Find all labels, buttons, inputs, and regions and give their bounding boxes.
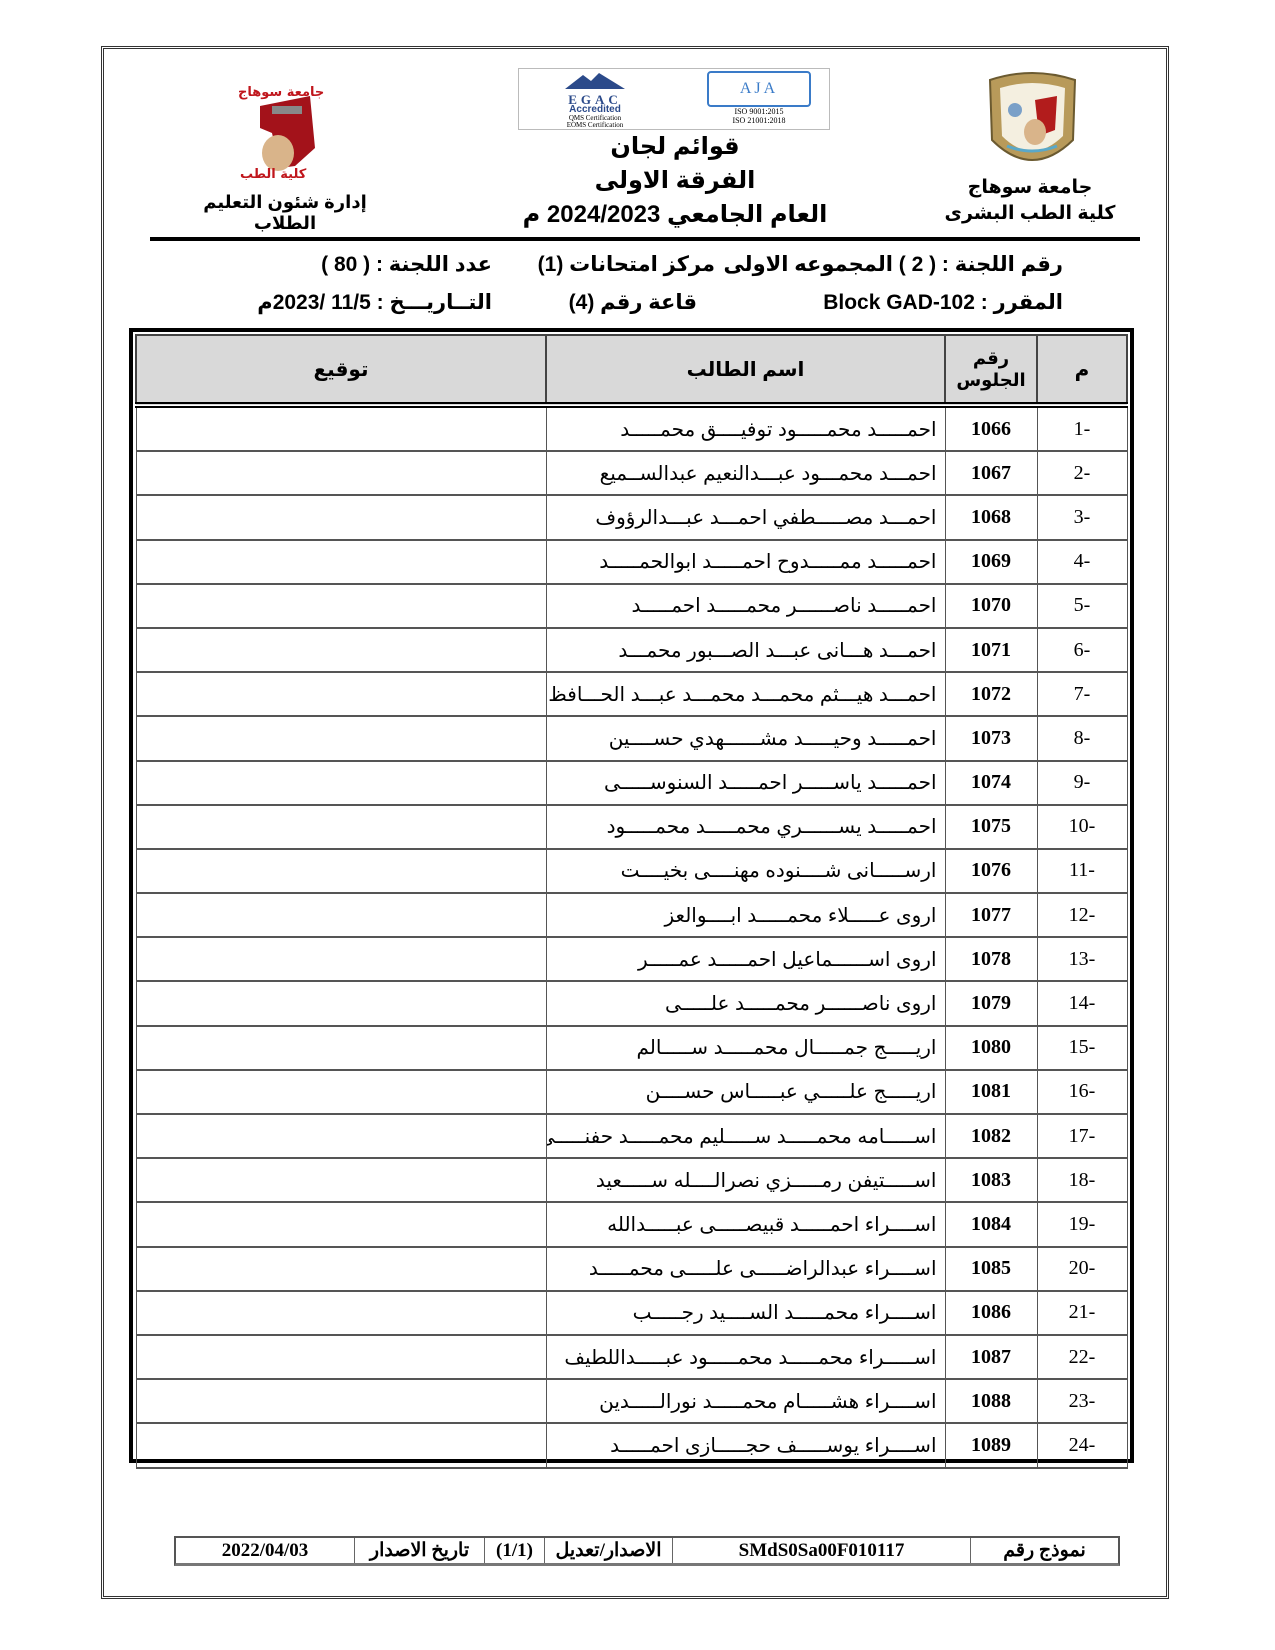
row-serial: 8- (1037, 716, 1127, 760)
student-name: احمـــد هـــانى عبـــد الصـــبور محمـــد (546, 628, 945, 672)
row-serial: 10- (1037, 805, 1127, 849)
header-student-name: اسم الطالب (546, 335, 945, 405)
seat-number: 1067 (945, 451, 1037, 495)
form-number: SMdS0Sa00F010117 (672, 1538, 970, 1563)
row-serial: 18- (1037, 1158, 1127, 1202)
table-row: 5-1070احمـــــد ناصــــــر محمـــــد احم… (136, 584, 1127, 628)
seat-number: 1082 (945, 1114, 1037, 1158)
student-name: اســــراء عبدالراضـــــى علـــــى محمـــ… (546, 1247, 945, 1291)
document-footer: نموذج رقم SMdS0Sa00F010117 الاصدار/تعديل… (174, 1536, 1120, 1566)
committee-number: رقم اللجنة : ( 2 ) المجموعه الاولى (723, 252, 1063, 277)
table-row: 23-1088اســــراء هشـــــام محمـــــد نور… (136, 1379, 1127, 1423)
student-name: اســــراء احمـــــد قبيصـــــى عبـــــدا… (546, 1202, 945, 1246)
table-row: 17-1082اســـــامه محمـــــد ســـــليم مح… (136, 1114, 1127, 1158)
signature-cell[interactable] (136, 716, 546, 760)
seat-number: 1068 (945, 495, 1037, 539)
student-name: احمـــد هيـــثم محمـــد محمـــد عبـــد ا… (546, 672, 945, 716)
header-serial: م (1037, 335, 1127, 405)
row-serial: 15- (1037, 1026, 1127, 1070)
signature-cell[interactable] (136, 628, 546, 672)
table-row: 22-1087اســـــراء محمـــــد محمـــــود ع… (136, 1335, 1127, 1379)
seat-number: 1066 (945, 405, 1037, 451)
seat-number: 1089 (945, 1423, 1037, 1467)
seat-number: 1077 (945, 893, 1037, 937)
table-row: 19-1084اســــراء احمـــــد قبيصـــــى عب… (136, 1202, 1127, 1246)
seat-number: 1081 (945, 1070, 1037, 1114)
course-code: المقرر : Block GAD-102 (823, 290, 1063, 315)
signature-cell[interactable] (136, 405, 546, 451)
roster-table: م رقم الجلوس اسم الطالب توقيع 1-1066احمـ… (135, 334, 1128, 1469)
seat-number: 1086 (945, 1291, 1037, 1335)
seat-number: 1076 (945, 849, 1037, 893)
egac-logo: EGAC Accredited QMS Certification EOMS C… (525, 71, 665, 127)
signature-cell[interactable] (136, 1202, 546, 1246)
row-serial: 19- (1037, 1202, 1127, 1246)
student-name: احمـــــد يســــــري محمـــــد محمـــــو… (546, 805, 945, 849)
academic-year: العام الجامعي 2024/2023 م (450, 200, 900, 229)
row-serial: 2- (1037, 451, 1127, 495)
student-name: اســــراء محمـــــد الســــيد رجـــــب (546, 1291, 945, 1335)
seat-number: 1080 (945, 1026, 1037, 1070)
table-row: 13-1078اروى اســــــماعيل احمـــــد عمــ… (136, 937, 1127, 981)
student-name: اروى عـــــلاء محمـــــد ابــــوالعز (546, 893, 945, 937)
student-name: اســـــتيفن رمـــــزي نصرالــــله ســـــ… (546, 1158, 945, 1202)
row-serial: 3- (1037, 495, 1127, 539)
student-name: احمـــد مصـــــطفي احمـــد عبـــدالرؤوف (546, 495, 945, 539)
table-row: 2-1067احمـــد محمـــود عبـــدالنعيم عبدا… (136, 451, 1127, 495)
seat-number: 1069 (945, 540, 1037, 584)
signature-cell[interactable] (136, 1379, 546, 1423)
seat-number: 1071 (945, 628, 1037, 672)
seat-number: 1074 (945, 761, 1037, 805)
document-title: قوائم لجان (450, 132, 900, 161)
signature-cell[interactable] (136, 849, 546, 893)
row-serial: 23- (1037, 1379, 1127, 1423)
table-row: 9-1074احمـــــد ياســـــر احمـــــد السن… (136, 761, 1127, 805)
student-affairs-caption: إدارة شئون التعليم الطلاب (170, 192, 400, 234)
seat-number: 1088 (945, 1379, 1037, 1423)
table-row: 15-1080اريـــــج جمـــــال محمـــــد ســ… (136, 1026, 1127, 1070)
row-serial: 16- (1037, 1070, 1127, 1114)
signature-cell[interactable] (136, 937, 546, 981)
row-serial: 13- (1037, 937, 1127, 981)
row-serial: 22- (1037, 1335, 1127, 1379)
svg-text:جامعة سوهاج: جامعة سوهاج (238, 85, 324, 100)
seat-number: 1078 (945, 937, 1037, 981)
issue-date: 2022/04/03 (176, 1538, 354, 1563)
student-roster-table: م رقم الجلوس اسم الطالب توقيع 1-1066احمـ… (129, 328, 1134, 1463)
university-seal-icon (975, 70, 1090, 175)
signature-cell[interactable] (136, 1247, 546, 1291)
certification-banner: EGAC Accredited QMS Certification EOMS C… (518, 68, 830, 130)
row-serial: 24- (1037, 1423, 1127, 1467)
svg-text:كلية الطب: كلية الطب (240, 167, 307, 182)
row-serial: 17- (1037, 1114, 1127, 1158)
table-row: 20-1085اســــراء عبدالراضـــــى علـــــى… (136, 1247, 1127, 1291)
seat-number: 1079 (945, 981, 1037, 1025)
student-name: احمـــد محمـــود عبـــدالنعيم عبدالســمي… (546, 451, 945, 495)
exam-date: التــاريـــخ : 11/5 /2023م (257, 290, 492, 315)
issue-date-label: تاريخ الاصدار (354, 1538, 484, 1563)
table-row: 21-1086اســــراء محمـــــد الســــيد رجـ… (136, 1291, 1127, 1335)
seat-number: 1087 (945, 1335, 1037, 1379)
table-row: 12-1077اروى عـــــلاء محمـــــد ابــــوا… (136, 893, 1127, 937)
table-row: 6-1071احمـــد هـــانى عبـــد الصـــبور م… (136, 628, 1127, 672)
signature-cell[interactable] (136, 1423, 546, 1467)
row-serial: 6- (1037, 628, 1127, 672)
student-name: اريـــــج علـــــي عبـــــاس حســــن (546, 1070, 945, 1114)
student-name: احمـــــد ممـــــدوح احمـــــد ابوالحمــ… (546, 540, 945, 584)
revision-label: الاصدار/تعديل (544, 1538, 672, 1563)
signature-cell[interactable] (136, 893, 546, 937)
row-serial: 11- (1037, 849, 1127, 893)
row-serial: 21- (1037, 1291, 1127, 1335)
student-name: احمـــــد ناصــــــر محمـــــد احمـــــد (546, 584, 945, 628)
seat-number: 1075 (945, 805, 1037, 849)
signature-cell[interactable] (136, 672, 546, 716)
row-serial: 7- (1037, 672, 1127, 716)
seat-number: 1070 (945, 584, 1037, 628)
signature-cell[interactable] (136, 1026, 546, 1070)
seat-number: 1073 (945, 716, 1037, 760)
year-group: الفرقة الاولى (450, 166, 900, 195)
form-number-label: نموذج رقم (970, 1538, 1118, 1563)
university-name: جامعة سوهاج (940, 176, 1120, 199)
university-seal (975, 70, 1090, 175)
student-name: اســـــامه محمـــــد ســـــليم محمـــــد… (546, 1114, 945, 1158)
row-serial: 1- (1037, 405, 1127, 451)
header-divider (150, 237, 1140, 241)
header-seat-number: رقم الجلوس (945, 335, 1037, 405)
mountain-icon (565, 71, 625, 89)
signature-cell[interactable] (136, 1070, 546, 1114)
table-row: 4-1069احمـــــد ممـــــدوح احمـــــد ابو… (136, 540, 1127, 584)
table-row: 3-1068احمـــد مصـــــطفي احمـــد عبـــدا… (136, 495, 1127, 539)
student-name: اروى اســــــماعيل احمـــــد عمـــــر (546, 937, 945, 981)
table-row: 8-1073احمـــــد وحيـــــد مشــــــهدي حس… (136, 716, 1127, 760)
hall-number: قاعة رقم (4) (569, 290, 697, 315)
revision-value: (1/1) (484, 1538, 544, 1563)
seat-number: 1085 (945, 1247, 1037, 1291)
exam-center: مركز امتحانات (1) (538, 252, 715, 277)
student-name: ارســـــانى شــــنوده مهنــــى بخيــــت (546, 849, 945, 893)
committee-count: عدد اللجنة : ( 80 ) (321, 252, 492, 277)
table-row: 7-1072احمـــد هيـــثم محمـــد محمـــد عب… (136, 672, 1127, 716)
student-name: احمـــــد وحيـــــد مشــــــهدي حســــين (546, 716, 945, 760)
table-row: 10-1075احمـــــد يســــــري محمـــــد مح… (136, 805, 1127, 849)
table-row: 14-1079اروى ناصــــــر محمـــــد علـــــ… (136, 981, 1127, 1025)
faculty-name: كلية الطب البشرى (940, 202, 1120, 225)
signature-cell[interactable] (136, 1114, 546, 1158)
signature-cell[interactable] (136, 1158, 546, 1202)
signature-cell[interactable] (136, 451, 546, 495)
aja-logo: AJA ISO 9001:2015 ISO 21001:2018 (699, 71, 819, 127)
signature-cell[interactable] (136, 495, 546, 539)
table-row: 16-1081اريـــــج علـــــي عبـــــاس حســ… (136, 1070, 1127, 1114)
table-row: 1-1066احمـــــد محمـــــود توفيــــق محم… (136, 405, 1127, 451)
seat-number: 1083 (945, 1158, 1037, 1202)
table-body: 1-1066احمـــــد محمـــــود توفيــــق محم… (136, 405, 1127, 1468)
student-name: اســــراء يوســـــف حجـــــازى احمـــــد (546, 1423, 945, 1467)
signature-cell[interactable] (136, 981, 546, 1025)
student-name: اســــراء هشـــــام محمـــــد نورالـــــ… (546, 1379, 945, 1423)
table-row: 24-1089اســــراء يوســـــف حجـــــازى اح… (136, 1423, 1127, 1467)
student-name: اروى ناصــــــر محمـــــد علـــــى (546, 981, 945, 1025)
student-name: اريـــــج جمـــــال محمـــــد ســـــالم (546, 1026, 945, 1070)
student-name: احمـــــد محمـــــود توفيــــق محمـــــد (546, 405, 945, 451)
signature-cell[interactable] (136, 805, 546, 849)
header-signature: توقيع (136, 335, 546, 405)
row-serial: 4- (1037, 540, 1127, 584)
seat-number: 1072 (945, 672, 1037, 716)
seat-number: 1084 (945, 1202, 1037, 1246)
table-header-row: م رقم الجلوس اسم الطالب توقيع (136, 335, 1127, 405)
faculty-logo: جامعة سوهاج كلية الطب (160, 78, 340, 183)
signature-cell[interactable] (136, 540, 546, 584)
faculty-crescent-logo-icon: جامعة سوهاج كلية الطب (160, 78, 340, 183)
row-serial: 5- (1037, 584, 1127, 628)
student-name: احمـــــد ياســـــر احمـــــد السنوســــ… (546, 761, 945, 805)
signature-cell[interactable] (136, 584, 546, 628)
signature-cell[interactable] (136, 1291, 546, 1335)
row-serial: 14- (1037, 981, 1127, 1025)
globe-icon: AJA (707, 71, 811, 107)
row-serial: 9- (1037, 761, 1127, 805)
table-row: 11-1076ارســـــانى شــــنوده مهنــــى بخ… (136, 849, 1127, 893)
row-serial: 12- (1037, 893, 1127, 937)
signature-cell[interactable] (136, 761, 546, 805)
student-name: اســـــراء محمـــــد محمـــــود عبـــــد… (546, 1335, 945, 1379)
signature-cell[interactable] (136, 1335, 546, 1379)
table-row: 18-1083اســـــتيفن رمـــــزي نصرالــــله… (136, 1158, 1127, 1202)
row-serial: 20- (1037, 1247, 1127, 1291)
